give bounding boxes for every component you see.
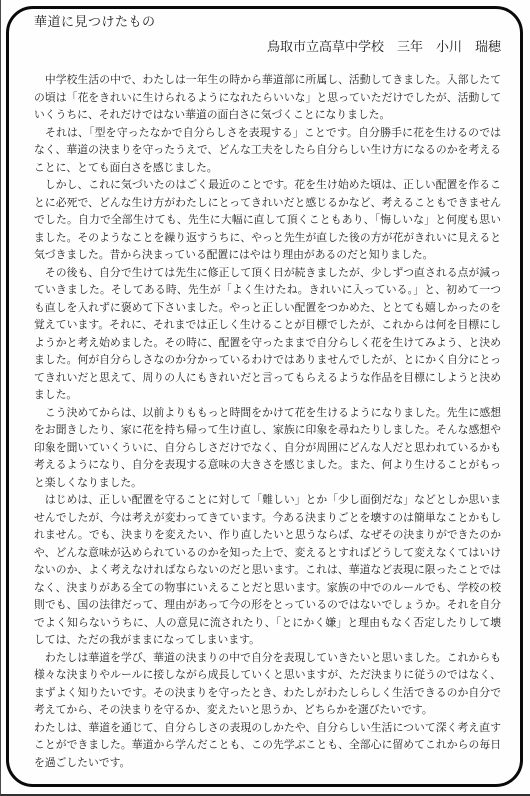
essay-byline: 鳥取市立高草中学校 三年 小川 瑞穂: [34, 38, 501, 56]
essay-paragraph: こう決めてからは、以前よりももっと時間をかけて花を生けるようになりました。先生に…: [34, 405, 501, 493]
essay-paragraph: わたしは華道を学び、華道の決まりの中で自分を表現していきたいと思いました。これか…: [34, 650, 501, 720]
essay-paragraph: しかし、これに気づいたのはごく最近のことです。花を生け始めた頃は、正しい配置を作…: [34, 177, 501, 265]
essay-page: 華道に見つけたもの 鳥取市立高草中学校 三年 小川 瑞穂 中学校生活の中で、わた…: [0, 0, 530, 796]
essay-paragraph: その後も、自分で生けては先生に修正して頂く日が続きましたが、少しずつ直される点が…: [34, 265, 501, 405]
essay-paragraph: 中学校生活の中で、わたしは一年生の時から華道部に所属し、活動してきました。入部し…: [34, 72, 501, 125]
essay-paragraph: わたしは、華道を通じて、自分らしさの表現のしかたや、自分らしい生活について深く考…: [34, 720, 501, 773]
essay-title: 華道に見つけたもの: [34, 13, 501, 31]
essay-content: 華道に見つけたもの 鳥取市立高草中学校 三年 小川 瑞穂 中学校生活の中で、わた…: [34, 13, 501, 772]
essay-body: 中学校生活の中で、わたしは一年生の時から華道部に所属し、活動してきました。入部し…: [34, 72, 501, 772]
essay-paragraph: はじめは、正しい配置を守ることに対して「難しい」とか「少し面倒だな」などとしか思…: [34, 492, 501, 650]
essay-paragraph: それは、「型を守ったなかで自分らしさを表現する」ことです。自分勝手に花を生けるの…: [34, 125, 501, 178]
